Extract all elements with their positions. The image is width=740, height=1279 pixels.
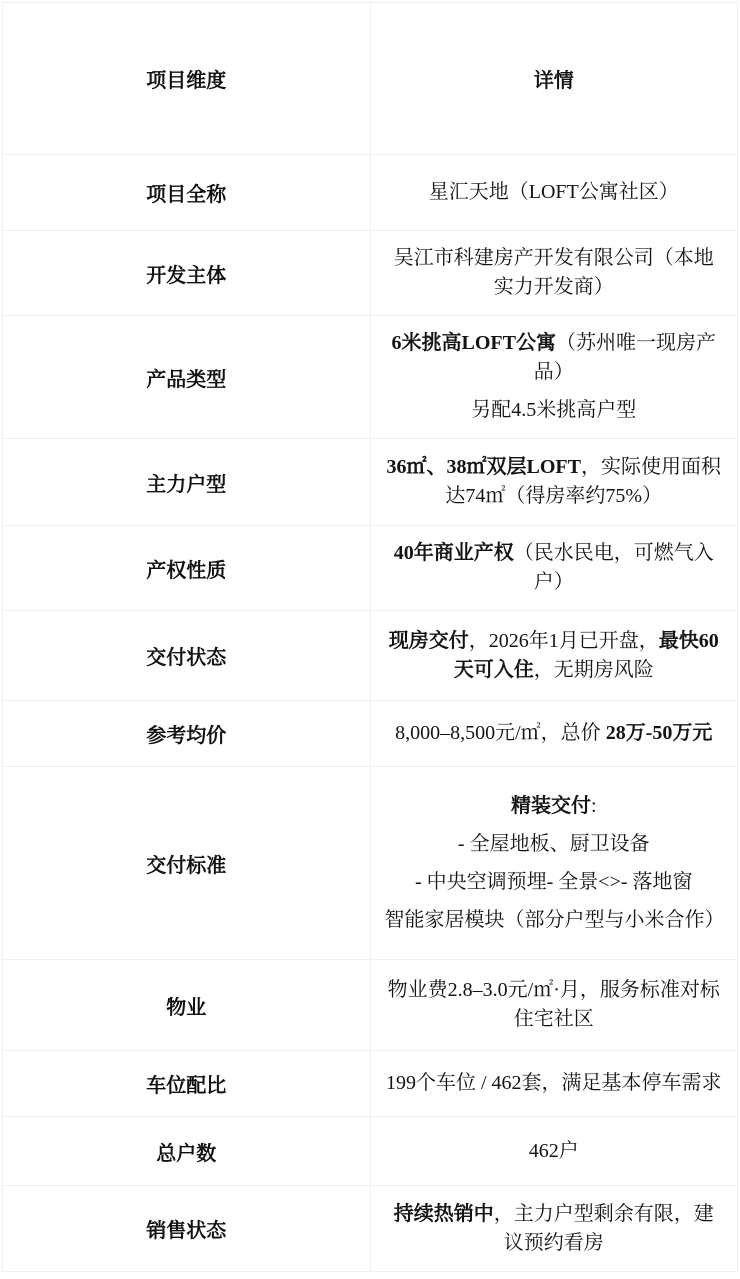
text-segment: 462户 xyxy=(529,1140,579,1162)
row-detail-cell: 持续热销中，主力户型剩余有限，建议预约看房 xyxy=(370,1186,738,1272)
row-detail-cell: 吴江市科建房产开发有限公司（本地实力开发商） xyxy=(370,231,738,316)
row-label: 交付状态 xyxy=(146,647,226,669)
detail-paragraph: - 全屋地板、厨卫设备 xyxy=(385,830,724,859)
text-segment: ，无期房风险 xyxy=(534,659,654,681)
detail-paragraph: 6米挑高LOFT公寓（苏州唯一现房产品） xyxy=(385,329,724,387)
table-row: 产权性质40年商业产权（民水民电，可燃气入户） xyxy=(3,526,738,611)
row-label: 主力户型 xyxy=(146,474,226,496)
row-label-cell: 参考均价 xyxy=(3,701,371,767)
table-header: 项目维度 详情 xyxy=(3,3,738,155)
row-label: 交付标准 xyxy=(146,855,226,877)
detail-paragraph: 星汇天地（LOFT公寓社区） xyxy=(385,178,724,207)
header-cell-dimension: 项目维度 xyxy=(3,3,371,155)
row-label: 开发主体 xyxy=(146,265,226,287)
table-row: 总户数462户 xyxy=(3,1117,738,1186)
text-segment-bold: 现房交付 xyxy=(389,630,469,652)
text-segment: : xyxy=(591,795,597,817)
row-label-cell: 车位配比 xyxy=(3,1051,371,1117)
row-label: 项目全称 xyxy=(146,184,226,206)
row-label-cell: 交付标准 xyxy=(3,767,371,960)
row-label: 车位配比 xyxy=(146,1075,226,1097)
row-detail-cell: 462户 xyxy=(370,1117,738,1186)
table-row: 参考均价8,000–8,500元/㎡，总价 28万-50万元 xyxy=(3,701,738,767)
table-row: 销售状态持续热销中，主力户型剩余有限，建议预约看房 xyxy=(3,1186,738,1272)
row-label: 销售状态 xyxy=(146,1220,226,1242)
text-segment-bold: 40年商业产权 xyxy=(394,542,514,564)
table-row: 开发主体吴江市科建房产开发有限公司（本地实力开发商） xyxy=(3,231,738,316)
text-segment: 星汇天地（LOFT公寓社区） xyxy=(429,181,679,203)
row-label-cell: 销售状态 xyxy=(3,1186,371,1272)
detail-paragraph: 吴江市科建房产开发有限公司（本地实力开发商） xyxy=(385,244,724,302)
header-cell-detail: 详情 xyxy=(370,3,738,155)
text-segment: 物业费2.8–3.0元/㎡·月，服务标准对标住宅社区 xyxy=(388,979,720,1030)
row-detail-cell: 40年商业产权（民水民电，可燃气入户） xyxy=(370,526,738,611)
text-segment: ，2026年1月已开盘， xyxy=(469,630,659,652)
detail-paragraph: 精装交付: xyxy=(385,792,724,821)
row-detail-cell: 36㎡、38㎡双层LOFT，实际使用面积达74㎡（得房率约75%） xyxy=(370,439,738,526)
detail-paragraph: 36㎡、38㎡双层LOFT，实际使用面积达74㎡（得房率约75%） xyxy=(385,453,724,511)
row-label-cell: 主力户型 xyxy=(3,439,371,526)
table-row: 交付状态现房交付，2026年1月已开盘，最快60天可入住，无期房风险 xyxy=(3,611,738,701)
table-row: 产品类型6米挑高LOFT公寓（苏州唯一现房产品）另配4.5米挑高户型 xyxy=(3,316,738,439)
table-row: 车位配比199个车位 / 462套，满足基本停车需求 xyxy=(3,1051,738,1117)
text-segment: 智能家居模块（部分户型与小米合作） xyxy=(385,909,725,931)
text-segment-bold: 36㎡、38㎡双层LOFT xyxy=(387,456,581,478)
detail-paragraph: 199个车位 / 462套，满足基本停车需求 xyxy=(385,1069,724,1098)
text-segment-bold: 6米挑高LOFT公寓 xyxy=(392,332,556,354)
row-detail-cell: 物业费2.8–3.0元/㎡·月，服务标准对标住宅社区 xyxy=(370,960,738,1051)
row-label: 总户数 xyxy=(156,1143,216,1165)
table-body: 项目全称星汇天地（LOFT公寓社区）开发主体吴江市科建房产开发有限公司（本地实力… xyxy=(3,155,738,1272)
detail-paragraph: 462户 xyxy=(385,1137,724,1166)
page-content: 项目维度 详情 项目全称星汇天地（LOFT公寓社区）开发主体吴江市科建房产开发有… xyxy=(0,0,740,1279)
row-label: 参考均价 xyxy=(146,725,226,747)
row-detail-cell: 8,000–8,500元/㎡，总价 28万-50万元 xyxy=(370,701,738,767)
detail-paragraph: 智能家居模块（部分户型与小米合作） xyxy=(385,906,724,935)
row-label-cell: 总户数 xyxy=(3,1117,371,1186)
table-row: 项目全称星汇天地（LOFT公寓社区） xyxy=(3,155,738,231)
text-segment-bold: 精装交付 xyxy=(511,795,591,817)
row-detail-cell: 现房交付，2026年1月已开盘，最快60天可入住，无期房风险 xyxy=(370,611,738,701)
header-row: 项目维度 详情 xyxy=(3,3,738,155)
row-label: 产权性质 xyxy=(146,560,226,582)
detail-paragraph: 另配4.5米挑高户型 xyxy=(385,396,724,425)
row-label-cell: 交付状态 xyxy=(3,611,371,701)
text-segment: - 中央空调预埋- 全景<>- 落地窗 xyxy=(415,871,693,893)
detail-paragraph: - 中央空调预埋- 全景<>- 落地窗 xyxy=(385,868,724,897)
row-label-cell: 产权性质 xyxy=(3,526,371,611)
row-label-cell: 产品类型 xyxy=(3,316,371,439)
row-detail-cell: 199个车位 / 462套，满足基本停车需求 xyxy=(370,1051,738,1117)
row-detail-cell: 6米挑高LOFT公寓（苏州唯一现房产品）另配4.5米挑高户型 xyxy=(370,316,738,439)
row-label: 产品类型 xyxy=(146,369,226,391)
detail-paragraph: 持续热销中，主力户型剩余有限，建议预约看房 xyxy=(385,1200,724,1258)
row-label-cell: 项目全称 xyxy=(3,155,371,231)
text-segment-bold: 持续热销中 xyxy=(394,1203,494,1225)
row-label-cell: 开发主体 xyxy=(3,231,371,316)
row-label: 物业 xyxy=(166,997,206,1019)
text-segment: ，主力户型剩余有限，建议预约看房 xyxy=(494,1203,714,1254)
row-detail-cell: 星汇天地（LOFT公寓社区） xyxy=(370,155,738,231)
row-detail-cell: 精装交付:- 全屋地板、厨卫设备- 中央空调预埋- 全景<>- 落地窗智能家居模… xyxy=(370,767,738,960)
text-segment: 8,000–8,500元/㎡，总价 xyxy=(395,722,606,744)
detail-paragraph: 8,000–8,500元/㎡，总价 28万-50万元 xyxy=(385,719,724,748)
detail-paragraph: 物业费2.8–3.0元/㎡·月，服务标准对标住宅社区 xyxy=(385,976,724,1034)
text-segment: （民水民电，可燃气入户） xyxy=(514,542,714,593)
text-segment: 另配4.5米挑高户型 xyxy=(471,399,636,421)
text-segment: 吴江市科建房产开发有限公司（本地实力开发商） xyxy=(394,247,714,298)
detail-paragraph: 现房交付，2026年1月已开盘，最快60天可入住，无期房风险 xyxy=(385,627,724,685)
text-segment: 199个车位 / 462套，满足基本停车需求 xyxy=(386,1072,722,1094)
text-segment-bold: 28万-50万元 xyxy=(606,722,713,744)
table-row: 物业物业费2.8–3.0元/㎡·月，服务标准对标住宅社区 xyxy=(3,960,738,1051)
project-info-table: 项目维度 详情 项目全称星汇天地（LOFT公寓社区）开发主体吴江市科建房产开发有… xyxy=(2,2,738,1272)
detail-paragraph: 40年商业产权（民水民电，可燃气入户） xyxy=(385,539,724,597)
table-row: 主力户型36㎡、38㎡双层LOFT，实际使用面积达74㎡（得房率约75%） xyxy=(3,439,738,526)
text-segment: （苏州唯一现房产品） xyxy=(534,332,716,383)
row-label-cell: 物业 xyxy=(3,960,371,1051)
text-segment: - 全屋地板、厨卫设备 xyxy=(458,833,650,855)
table-row: 交付标准精装交付:- 全屋地板、厨卫设备- 中央空调预埋- 全景<>- 落地窗智… xyxy=(3,767,738,960)
